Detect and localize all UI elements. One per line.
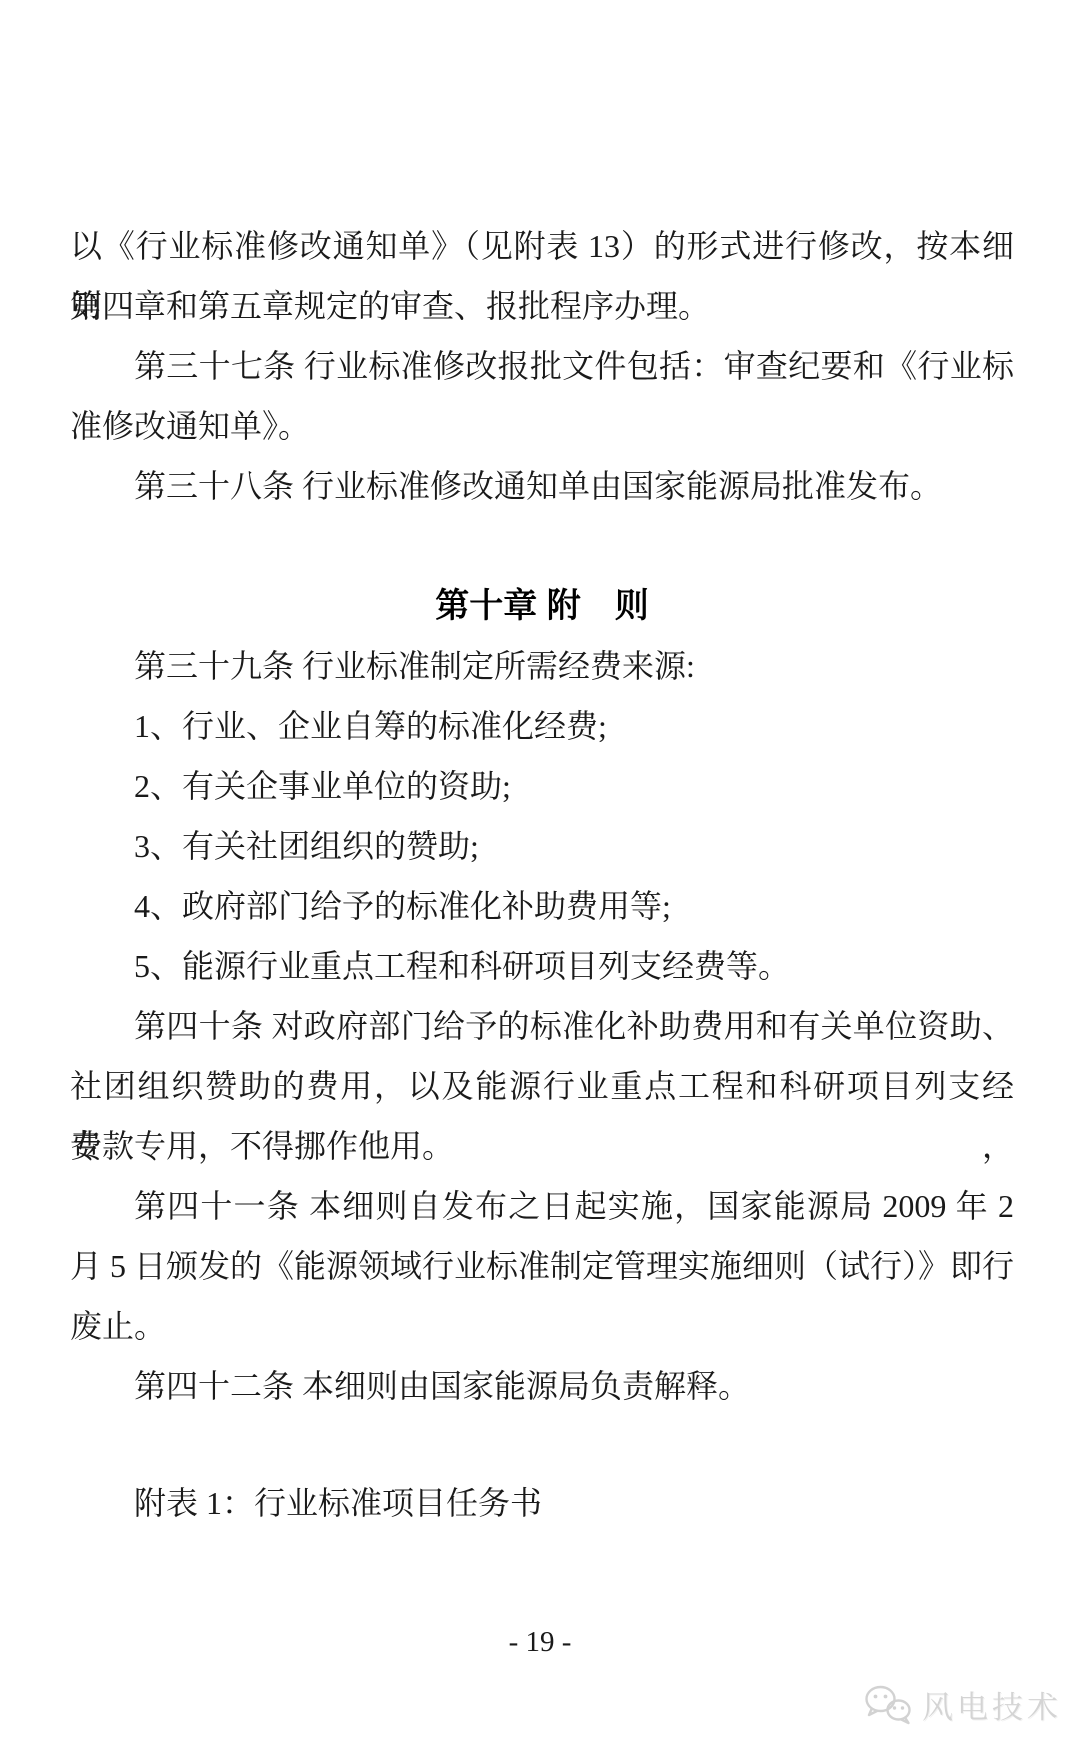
text-line: 第四十一条 本细则自发布之日起实施，国家能源局 2009 年 2 [70, 1176, 1014, 1236]
text-line: 以《行业标准修改通知单》（见附表 13）的形式进行修改，按本细则 [70, 216, 1014, 276]
watermark-text: 风电技术 [922, 1682, 1062, 1727]
text-line: 第四章和第五章规定的审查、报批程序办理。 [70, 276, 1014, 336]
text-line: 附表 1：行业标准项目任务书 [70, 1473, 1014, 1533]
text-line: 月 5 日颁发的《能源领域行业标准制定管理实施细则（试行）》即行 [70, 1236, 1014, 1296]
text-line: 第四十条 对政府部门给予的标准化补助费用和有关单位资助、 [70, 996, 1014, 1056]
text-line: 第三十九条 行业标准制定所需经费来源: [70, 636, 1014, 696]
text-line: 5、能源行业重点工程和科研项目列支经费等。 [70, 936, 1014, 996]
text-line: 第三十八条 行业标准修改通知单由国家能源局批准发布。 [70, 456, 1014, 516]
text-line: 第四十二条 本细则由国家能源局负责解释。 [70, 1356, 1014, 1416]
chapter-heading: 第十章 附 则 [70, 576, 1014, 636]
document-page: 以《行业标准修改通知单》（见附表 13）的形式进行修改，按本细则第四章和第五章规… [0, 0, 1080, 1756]
text-line: 社团组织赞助的费用，以及能源行业重点工程和科研项目列支经费， [70, 1056, 1014, 1116]
text-line: 废止。 [70, 1296, 1014, 1356]
watermark: 风电技术 [864, 1682, 1062, 1727]
text-line: 4、政府部门给予的标准化补助费用等; [70, 876, 1014, 936]
wechat-icon [864, 1684, 912, 1726]
text-line: 第三十七条 行业标准修改报批文件包括：审查纪要和《行业标 [70, 336, 1014, 396]
document-body: 以《行业标准修改通知单》（见附表 13）的形式进行修改，按本细则第四章和第五章规… [70, 216, 1014, 1533]
text-line: 1、行业、企业自筹的标准化经费; [70, 696, 1014, 756]
text-line: 准修改通知单》。 [70, 396, 1014, 456]
text-line: 2、有关企事业单位的资助; [70, 756, 1014, 816]
text-line: 3、有关社团组织的赞助; [70, 816, 1014, 876]
page-number: - 19 - [0, 1622, 1080, 1662]
